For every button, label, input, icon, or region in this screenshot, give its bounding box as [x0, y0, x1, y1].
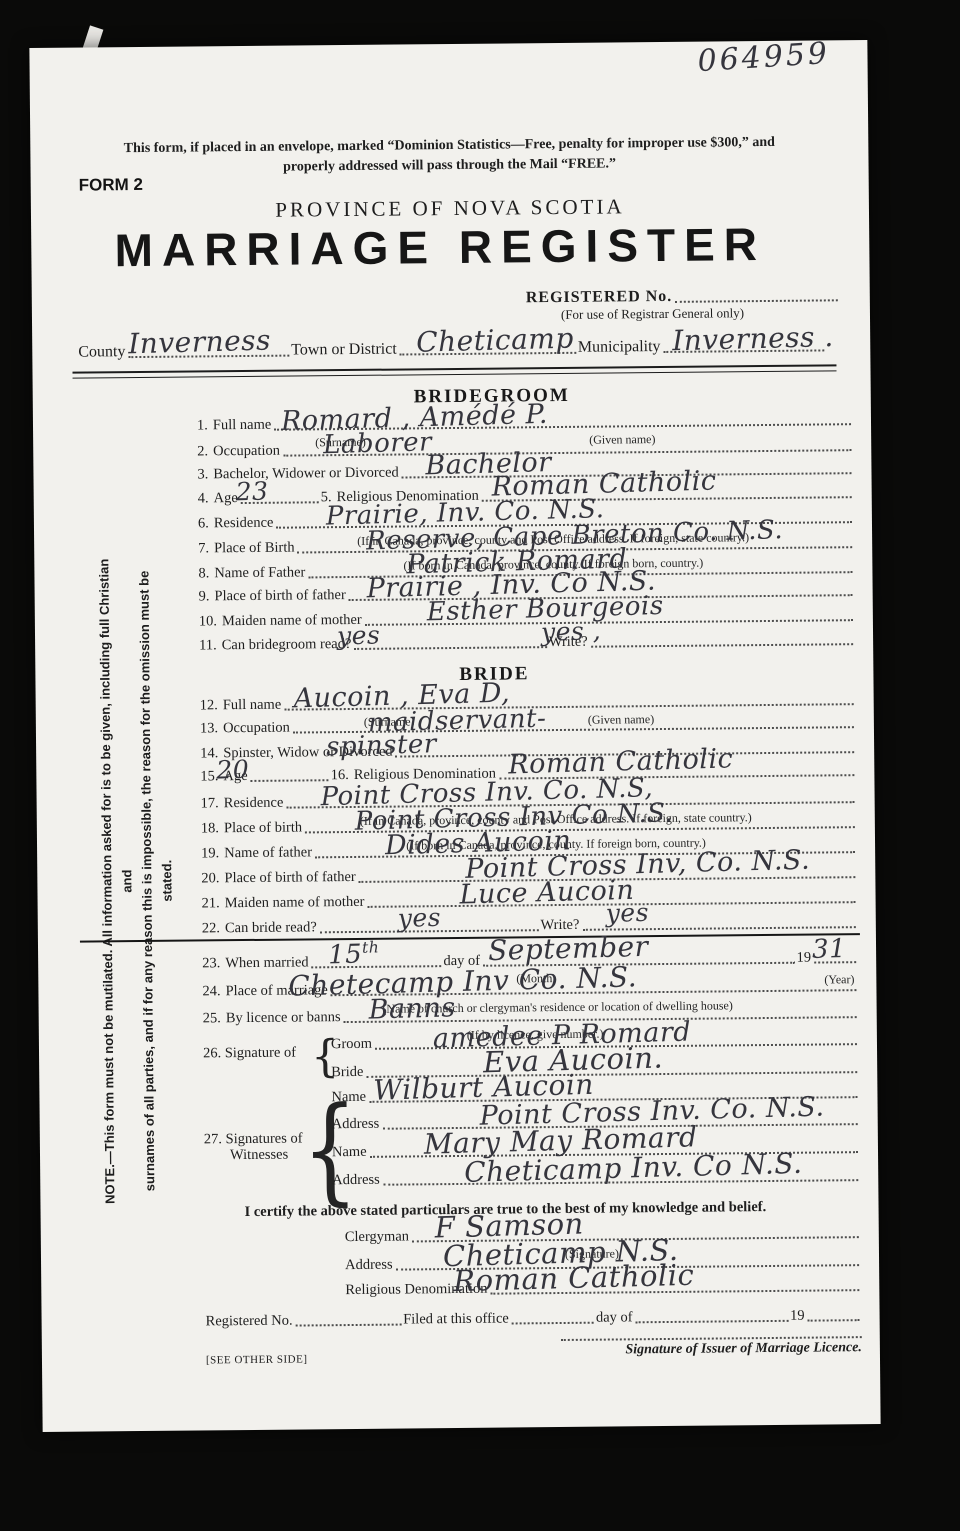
- day-suffix: th: [362, 938, 380, 956]
- field-number: 8.: [198, 565, 209, 582]
- address-label: Address: [345, 1257, 393, 1274]
- town-value: Cheticamp: [416, 324, 574, 356]
- field-number: 27.: [204, 1131, 222, 1147]
- file-code-value: 064959: [697, 39, 831, 77]
- field-label: Place of Birth: [214, 540, 295, 558]
- field-label: Place of birth: [224, 819, 302, 837]
- page-title: MARRIAGE REGISTER: [31, 216, 849, 278]
- field-number: 23.: [202, 955, 220, 972]
- year-value: 31: [812, 936, 847, 963]
- registered-no-row: REGISTERED No.: [526, 282, 840, 307]
- document-page: 064959 This form, if placed in an envelo…: [29, 40, 880, 1432]
- scan-background: 064959 This form, if placed in an envelo…: [0, 0, 960, 1531]
- dotted-line: [251, 779, 329, 782]
- field-number: 4.: [198, 490, 209, 507]
- field-number: 13.: [200, 720, 218, 737]
- field-number: 6.: [198, 515, 209, 532]
- couple-signature-label: 26. Signature of: [203, 1045, 296, 1063]
- field-number: 1.: [197, 417, 208, 434]
- field-number: 19.: [201, 845, 219, 862]
- field-label-line1: Signatures of: [226, 1130, 303, 1147]
- margin-note-line1: NOTE.—This form must not be mutilated. A…: [94, 551, 141, 1211]
- dotted-line: [296, 1324, 402, 1327]
- field-number: 12.: [200, 697, 218, 714]
- bride-age-value: 20: [216, 757, 249, 783]
- bridegroom-age-value: 23: [235, 478, 268, 504]
- field-number: 26.: [203, 1045, 221, 1061]
- day-number: 15: [328, 939, 363, 970]
- field-number: 3.: [197, 466, 208, 483]
- field-label: Full name: [213, 417, 272, 435]
- form-number: FORM 2: [79, 175, 143, 196]
- bridegroom-literacy-row: 11. Can bridegroom read? Write?: [199, 626, 855, 654]
- field-label: Place of birth of father: [224, 869, 355, 887]
- field-number: 18.: [201, 820, 219, 837]
- municipality-value: Inverness .: [672, 323, 834, 355]
- name-label: Name: [332, 1144, 367, 1161]
- bride-status-value: spinster: [326, 731, 437, 760]
- field-label: Occupation: [213, 443, 280, 461]
- issuer-signature-line: [561, 1316, 862, 1341]
- field-label: Residence: [214, 515, 274, 533]
- field-number: 10.: [199, 613, 217, 630]
- field-number: 11.: [199, 637, 217, 654]
- field-number: 25.: [203, 1010, 221, 1027]
- field-label: Name of Father: [214, 564, 305, 582]
- county-label: County: [78, 343, 125, 361]
- clergyman-denomination-value: Roman Catholic: [453, 1261, 695, 1297]
- margin-note-line2: surnames of all parties, and if for any …: [134, 551, 181, 1211]
- field-label: Name of father: [224, 844, 312, 862]
- issuer-caption: Signature of Issuer of Marriage Licence.: [442, 1340, 862, 1360]
- field-number: 2.: [197, 443, 208, 460]
- address-label: Address: [332, 1172, 380, 1189]
- field-number: 9.: [199, 588, 210, 605]
- margin-note: NOTE.—This form must not be mutilated. A…: [94, 551, 144, 1211]
- dotted-line: [591, 643, 853, 648]
- witness-signature-label2: Witnesses: [230, 1147, 288, 1165]
- address-label: Address: [332, 1116, 380, 1133]
- field-number: 7.: [198, 540, 209, 557]
- field-label: Residence: [224, 795, 284, 813]
- municipality-label: Municipality: [578, 338, 661, 357]
- field-label: By licence or banns: [226, 1009, 341, 1027]
- town-label: Town or District: [291, 341, 397, 360]
- registered-label: Registered No.: [206, 1313, 293, 1331]
- dotted-line: [675, 299, 838, 303]
- groom-label: Groom: [331, 1036, 372, 1053]
- field-number: 17.: [201, 795, 219, 812]
- day-value: 15th: [328, 940, 380, 968]
- field-label: Can bride read?: [225, 919, 317, 937]
- field-label: Signature of: [225, 1045, 296, 1062]
- bride-label: Bride: [331, 1064, 363, 1081]
- other-side-note: [SEE OTHER SIDE]: [206, 1353, 308, 1366]
- year-prefix: 19: [797, 950, 812, 967]
- clergyman-label: Clergyman: [345, 1228, 409, 1246]
- field-label: Full name: [223, 697, 282, 715]
- bridegroom-read-value: yes: [337, 622, 381, 648]
- name-label: Name: [331, 1089, 366, 1106]
- divider-double-rule: [72, 364, 836, 378]
- bridegroom-write-value: yes ,: [541, 618, 602, 645]
- field-label: Can bridegroom read?: [222, 636, 352, 654]
- field-number: 20.: [201, 870, 219, 887]
- field-number: 24.: [202, 983, 220, 1000]
- field-label: Place of birth of father: [214, 587, 345, 605]
- registered-no-label: REGISTERED No.: [526, 288, 673, 307]
- field-number: 21.: [202, 895, 220, 912]
- filed-label: Filed at this office: [403, 1311, 509, 1329]
- registered-no-note: (For use of Registrar General only): [561, 305, 744, 323]
- bride-read-value: yes: [397, 905, 441, 931]
- mailing-notice: This form, if placed in an envelope, mar…: [90, 133, 808, 180]
- field-number: 22.: [202, 920, 220, 937]
- county-value: Inverness: [128, 327, 271, 359]
- field-label: Maiden name of mother: [225, 894, 365, 912]
- bride-write-value: yes: [605, 900, 649, 926]
- field-label: Age: [214, 490, 238, 507]
- licence-value: Banns: [368, 994, 456, 1023]
- bridegroom-occupation-value: Laborer: [323, 429, 432, 458]
- dotted-line: [354, 646, 546, 650]
- field-label: Occupation: [223, 720, 290, 738]
